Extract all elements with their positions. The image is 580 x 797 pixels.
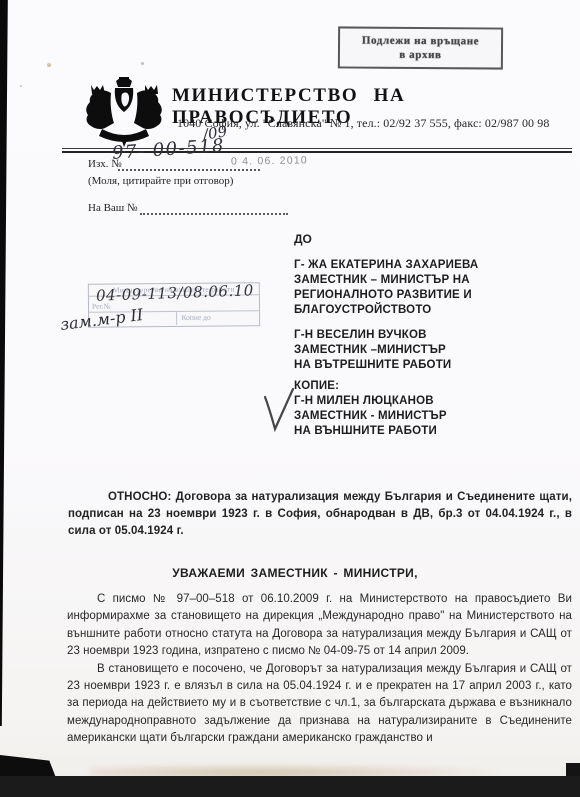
archive-return-stamp: Подлежи на връщане в архив [338,26,503,69]
handwritten-checkmark-icon [262,386,296,439]
recipient-line: Г- ЖА ЕКАТЕРИНА ЗАХАРИЕВА [294,258,554,273]
scan-speck [47,63,51,67]
recipient-line: РЕГИОНАЛНОТО РАЗВИТИЕ И [294,288,554,303]
scan-edge-bottom [0,776,580,797]
archive-stamp-line2: в архив [399,48,441,62]
scan-edge-left [0,0,10,726]
recipient-line: БЛАГОУСТРОЙСТВОТО [294,303,554,318]
subject-paragraph: ОТНОСНО: Договора за натурализация между… [68,489,572,540]
letter-body: С писмо № 97–00–518 от 06.10.2009 г. на … [67,591,572,748]
recipient-line: НА ВЪНШНИТЕ РАБОТИ [294,424,554,439]
scan-speck [20,85,22,87]
recipient-line: Г-Н ВЕСЕЛИН ВУЧКОВ [294,328,554,343]
your-ref-label: На Ваш № [88,202,138,214]
salutation: УВАЖАЕМИ ЗАМЕСТНИК - МИНИСТРИ, [60,566,530,580]
ministry-address: 1040 София, ул. "Славянска" № 1, тел.: 0… [177,116,562,131]
recipient-zaharieva: Г- ЖА ЕКАТЕРИНА ЗАХАРИЕВА ЗАМЕСТНИК – МИ… [294,258,554,318]
recipient-line: ЗАМЕСТНИК – МИНИСТЪР НА [294,273,554,288]
handwritten-resolution: зам.м-р ІІ [59,305,144,334]
body-paragraph-2: В становището е посочено, че Договорът з… [67,661,572,748]
recipient-line: ЗАМЕСТНИК - МИНИСТЪР [294,409,554,424]
date-received-stamp: 0 4. 06. 2010 [231,154,308,167]
mfa-stamp-copy-label: Копие до [177,312,210,325]
archive-stamp-line1: Подлежи на връщане [362,34,479,49]
recipient-line: НА ВЪТРЕШНИТЕ РАБОТИ [294,358,554,373]
scan-speck [141,62,144,65]
recipient-vuchkov: Г-Н ВЕСЕЛИН ВУЧКОВ ЗАМЕСТНИК –МИНИСТЪР Н… [294,328,554,373]
body-paragraph-1: С писмо № 97–00–518 от 06.10.2009 г. на … [67,591,572,661]
recipient-line: Г-Н МИЛЕН ЛЮЦКАНОВ [294,394,554,409]
recipient-copy-lyutskanov: КОПИЕ: Г-Н МИЛЕН ЛЮЦКАНОВ ЗАМЕСТНИК - МИ… [294,379,554,439]
scanned-letter-page: Подлежи на връщане в архив МИНИСТЕРСТВО … [0,0,580,797]
cite-on-reply-note: (Моля, цитирайте при отговор) [88,175,233,187]
copy-label: КОПИЕ: [294,379,554,394]
your-ref-dotted-line [140,201,288,215]
recipient-line: ЗАМЕСТНИК –МИНИСТЪР [294,343,554,358]
to-label: ДО [294,232,312,246]
